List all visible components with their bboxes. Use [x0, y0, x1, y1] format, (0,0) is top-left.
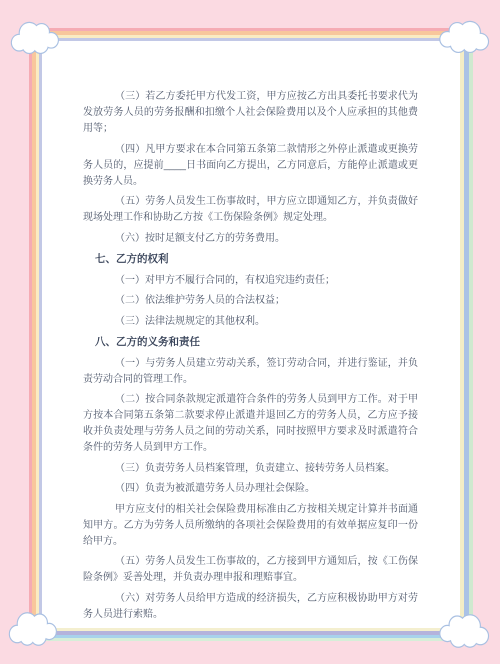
frame-edge-bottom — [29, 628, 473, 641]
contract-paragraph: （四）凡甲方要求在本合同第五条第二款情形之外停止派遣或更换劳务人员的，应提前__… — [83, 142, 418, 190]
contract-paragraph: 甲方应支付的相关社会保险费用标准由乙方按相关规定计算并书面通知甲方。乙方为劳务人… — [83, 502, 418, 550]
contract-paragraph: （五）劳务人员发生工伤事故时，甲方应立即通知乙方，并负责做好现场处理工作和协助乙… — [83, 194, 418, 226]
contract-paragraph: （二）依法维护劳务人员的合法权益； — [83, 293, 418, 309]
cloud-icon — [8, 14, 64, 57]
document-content-area: （三）若乙方委托甲方代发工资，甲方应按乙方出具委托书要求代为发放劳务人员的劳务报… — [42, 41, 460, 628]
section-heading: 八、乙方的义务和责任 — [83, 334, 418, 350]
contract-paragraph: （六）对劳务人员给甲方造成的经济损失，乙方应积极协助甲方对劳务人员进行索赔。 — [83, 591, 418, 623]
rainbow-frame: （三）若乙方委托甲方代发工资，甲方应按乙方出具委托书要求代为发放劳务人员的劳务报… — [29, 28, 473, 641]
cloud-icon — [6, 604, 62, 649]
document-body: （三）若乙方委托甲方代发工资，甲方应按乙方出具委托书要求代为发放劳务人员的劳务报… — [83, 89, 418, 628]
contract-page: （三）若乙方委托甲方代发工资，甲方应按乙方出具委托书要求代为发放劳务人员的劳务报… — [0, 0, 500, 664]
frame-edge-left — [29, 41, 42, 628]
cloud-icon — [434, 606, 492, 651]
border-band — [469, 41, 473, 628]
contract-paragraph: （一）对甲方不履行合同的，有权追究违约责任； — [83, 273, 418, 289]
frame-edge-top — [29, 28, 473, 41]
contract-paragraph: （三）法律法规规定的其他权利。 — [83, 314, 418, 330]
contract-paragraph: （六）按时足额支付乙方的劳务费用。 — [83, 231, 418, 247]
contract-paragraph: （一）与劳务人员建立劳动关系，签订劳动合同，并进行鉴证，并负责劳动合同的管理工作… — [83, 356, 418, 388]
contract-paragraph: （二）按合同条款规定派遣符合条件的劳务人员到甲方工作。对于甲方按本合同第五条第二… — [83, 392, 418, 456]
contract-paragraph: （五）劳务人员发生工伤事故的，乙方接到甲方通知后，按《工伤保险条例》妥善处理，并… — [83, 554, 418, 586]
border-band — [29, 638, 473, 641]
contract-paragraph: （四）负责为被派遣劳务人员办理社会保险。 — [83, 481, 418, 497]
cloud-icon — [434, 13, 492, 56]
contract-paragraph: （三）负责劳务人员档案管理，负责建立、接转劳务人员档案。 — [83, 461, 418, 477]
frame-edge-right — [460, 41, 473, 628]
contract-paragraph: （三）若乙方委托甲方代发工资，甲方应按乙方出具委托书要求代为发放劳务人员的劳务报… — [83, 89, 418, 137]
contract-paragraph: （七）乙方应定期或不定期到甲方，了解劳务人员的思想动态、工作表现、违纪情况以及对… — [83, 627, 418, 628]
section-heading: 七、乙方的权利 — [83, 251, 418, 267]
